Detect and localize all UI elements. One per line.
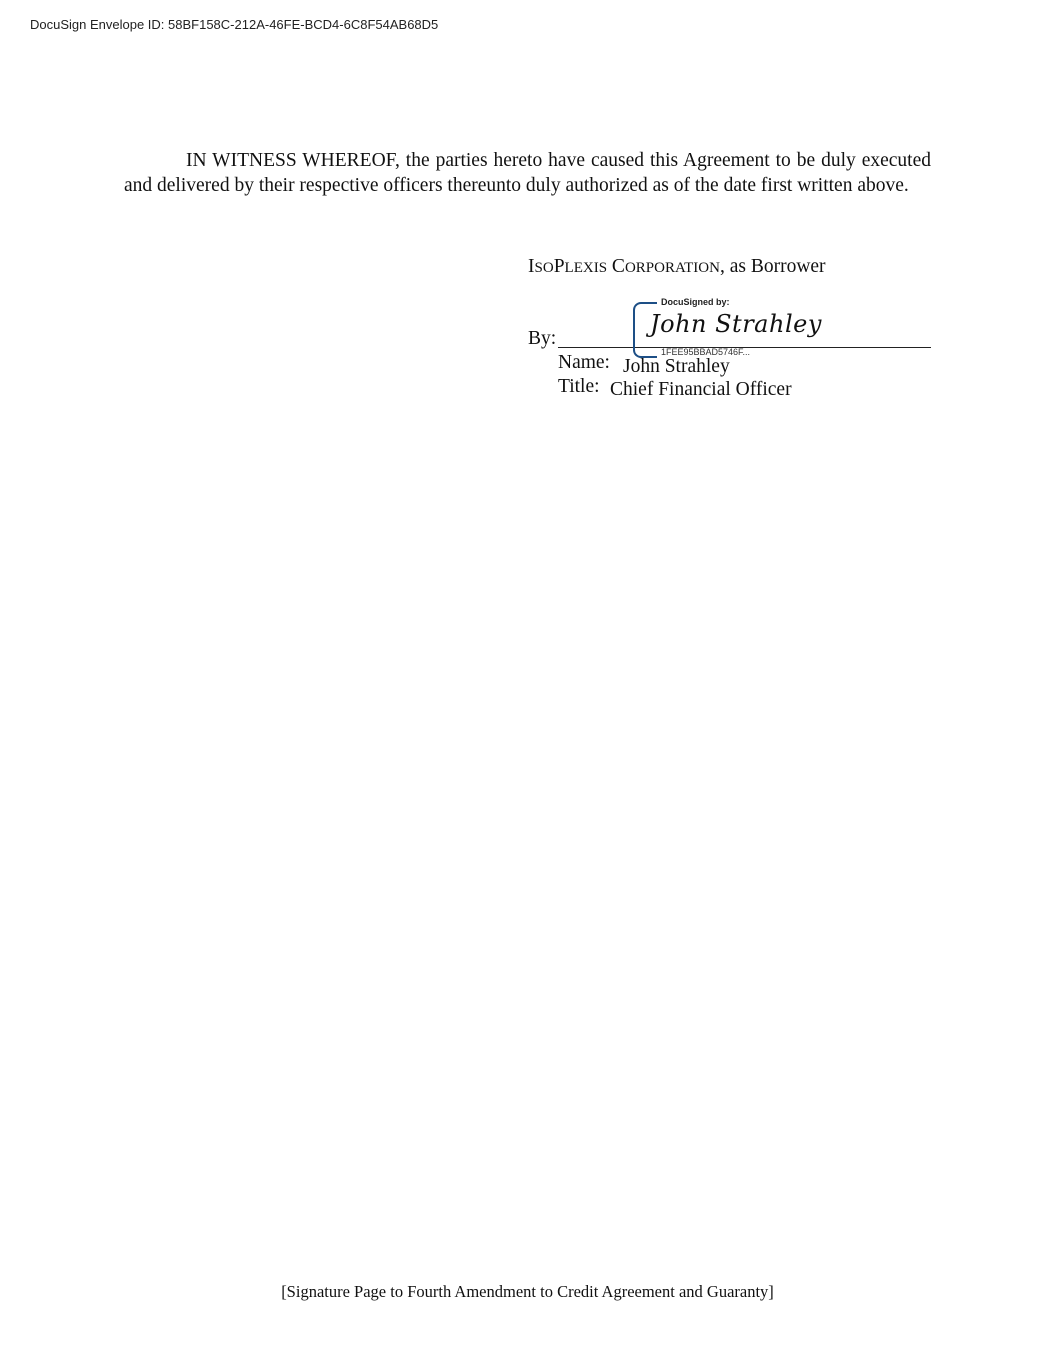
company-rest-3: ORPORATION (625, 260, 720, 276)
docusigned-by-label: DocuSigned by: (661, 297, 730, 307)
company-initial-3: C (607, 256, 625, 277)
title-label: Title: (558, 376, 600, 398)
company-initial-2: P (554, 256, 565, 277)
title-value: Chief Financial Officer (610, 379, 792, 401)
witness-paragraph: IN WITNESS WHEREOF, the parties hereto h… (124, 149, 931, 198)
by-label: By: (528, 328, 556, 350)
footer-caption: [Signature Page to Fourth Amendment to C… (0, 1282, 1055, 1302)
name-value: John Strahley (623, 356, 730, 378)
envelope-id: DocuSign Envelope ID: 58BF158C-212A-46FE… (30, 17, 438, 32)
company-rest-1: SO (535, 260, 554, 276)
company-role: , as Borrower (720, 256, 826, 277)
name-label: Name: (558, 352, 610, 374)
company-rest-2: LEXIS (565, 260, 608, 276)
signature: John Strahley (650, 310, 822, 338)
company-name: ISOPLEXIS CORPORATION, as Borrower (528, 256, 826, 278)
